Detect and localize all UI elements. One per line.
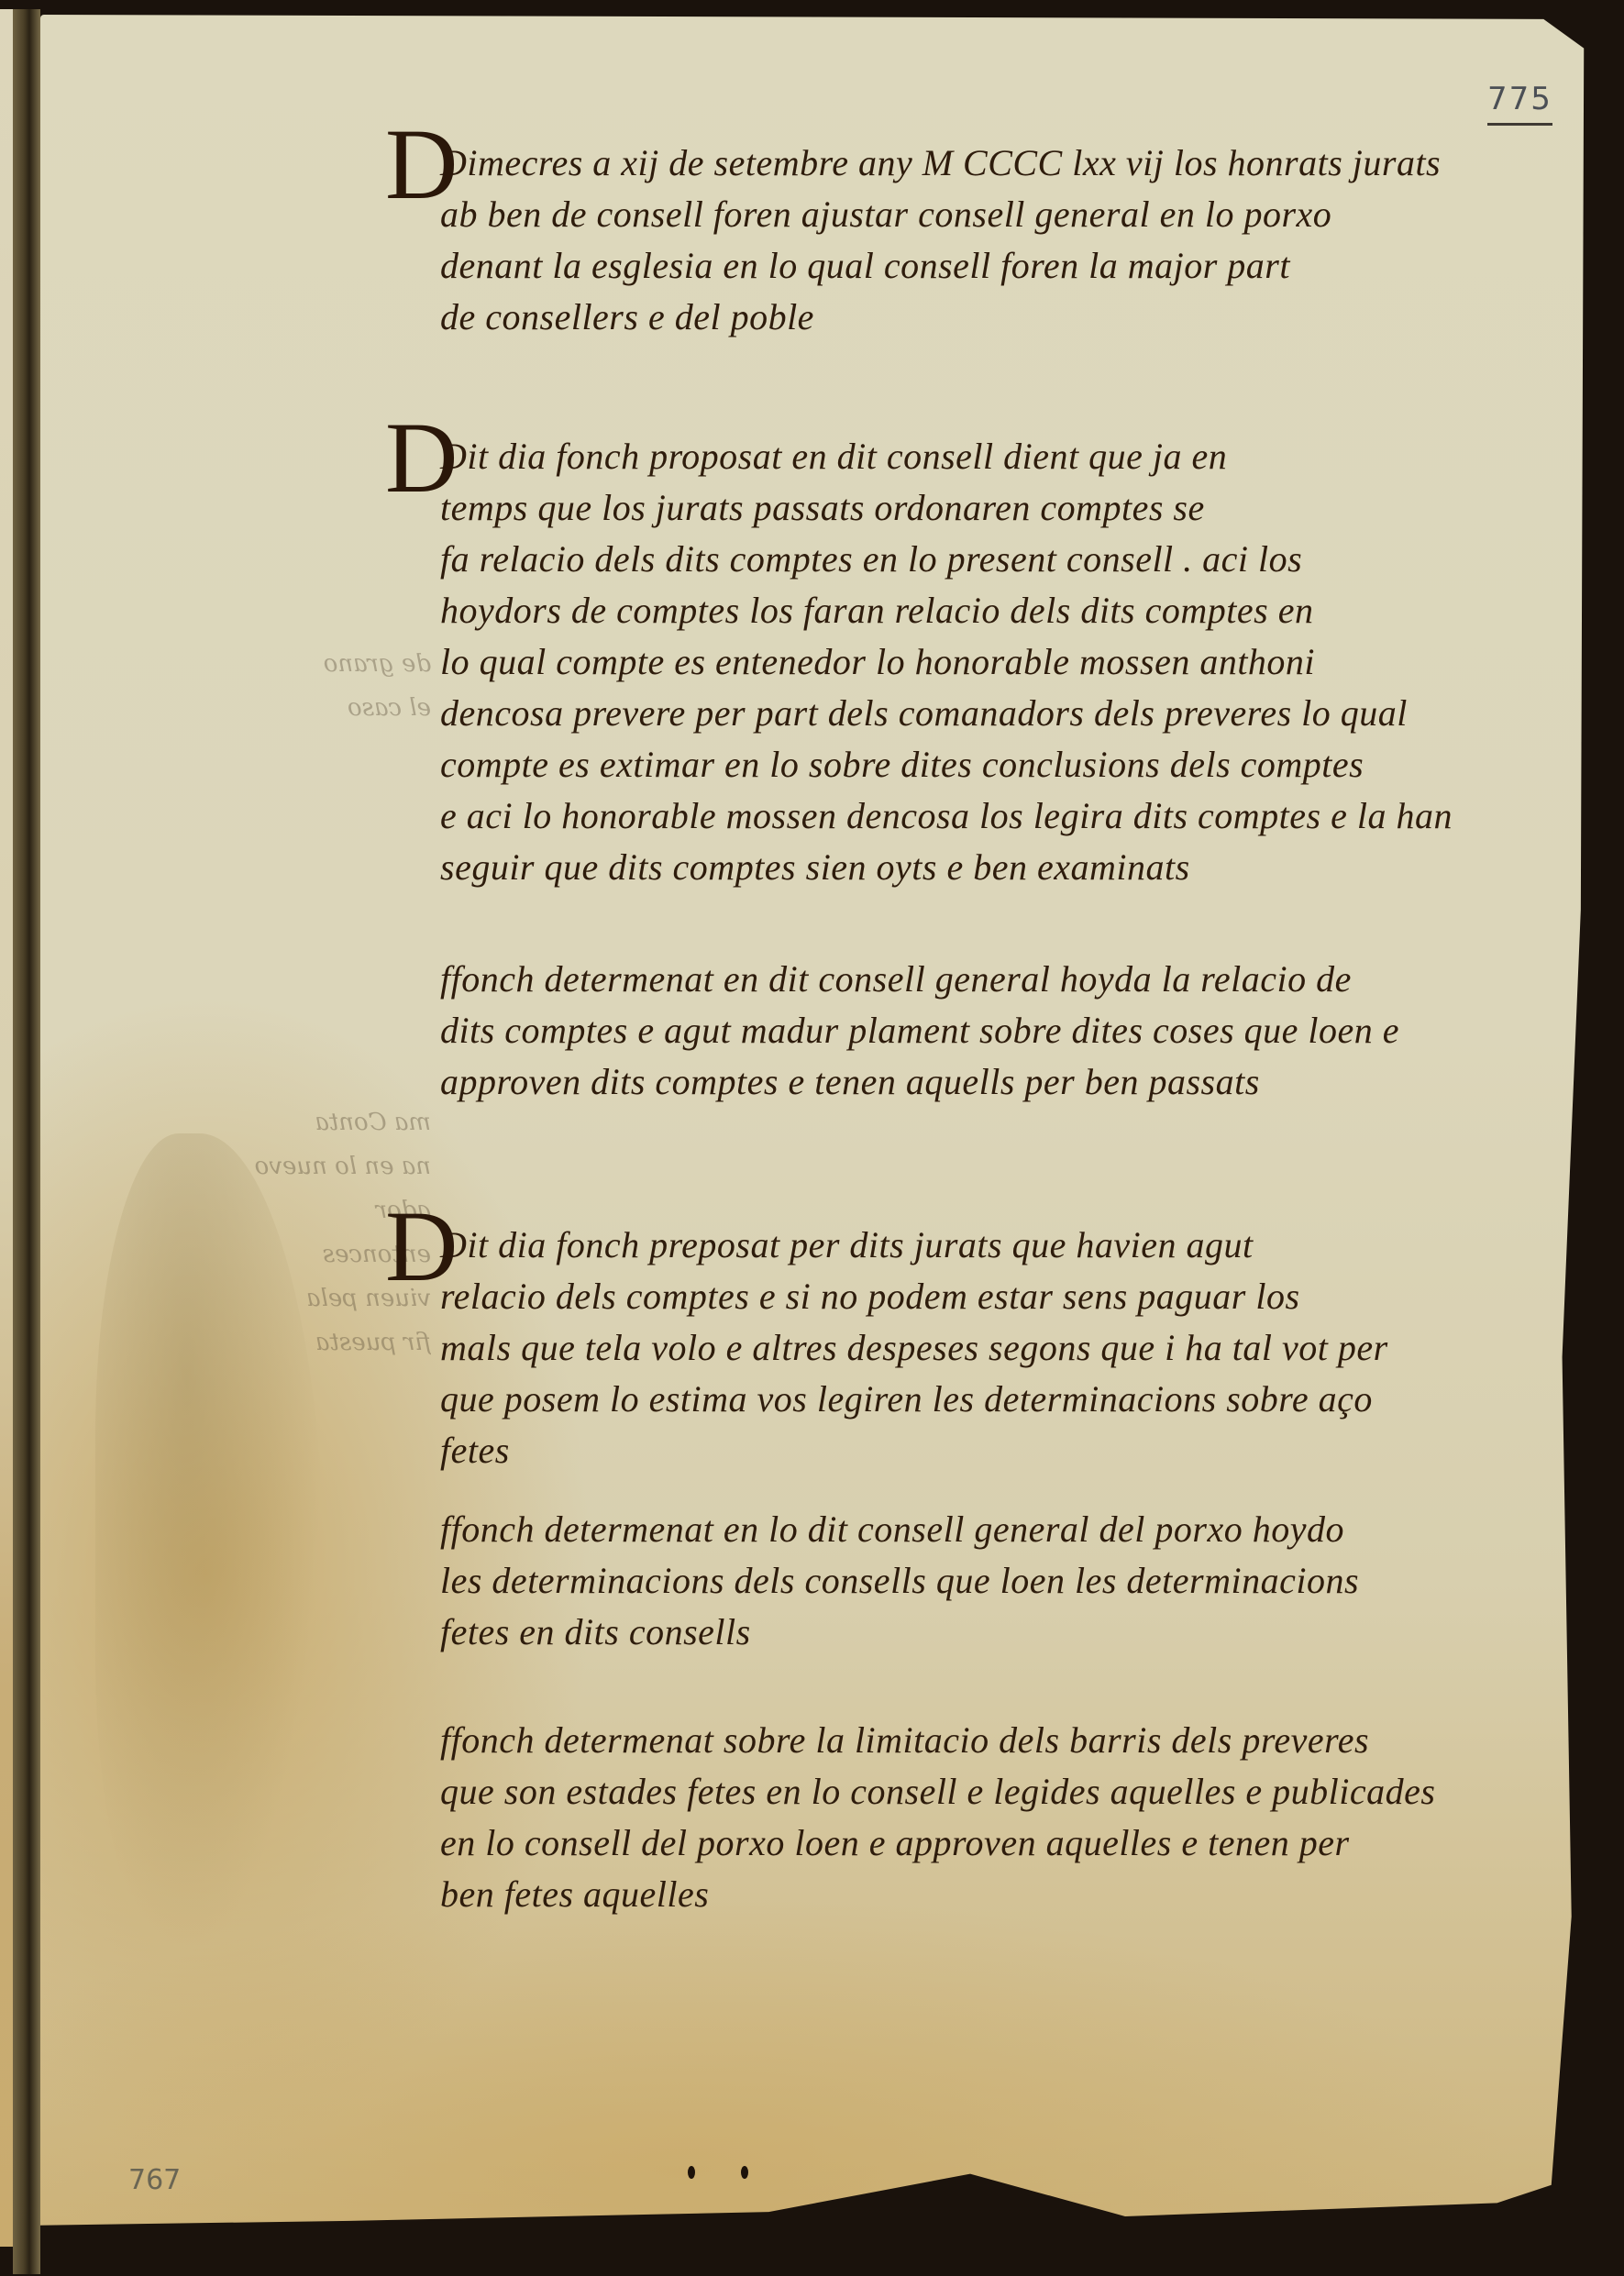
bleed-line: el caso <box>211 686 431 730</box>
text-line: lo qual compte es entenedor lo honorable… <box>440 636 1453 688</box>
ink-spot <box>688 2166 695 2179</box>
text-line: ffonch determenat en dit consell general… <box>440 954 1399 1005</box>
text-line: e aci lo honorable mossen dencosa los le… <box>440 790 1453 842</box>
text-line: fetes en dits consells <box>440 1607 1359 1658</box>
text-line: Dimecres a xij de setembre any M CCCC lx… <box>440 138 1441 189</box>
text-line: relacio dels comptes e si no podem estar… <box>440 1271 1388 1322</box>
text-line: Dit dia fonch proposat en dit consell di… <box>440 431 1453 482</box>
text-line: compte es extimar en lo sobre dites conc… <box>440 739 1453 790</box>
bleed-line: na en lo nuevo <box>211 1144 431 1188</box>
bleed-through-text: de grano el caso <box>211 642 431 730</box>
ink-spot <box>741 2166 748 2179</box>
text-line: de consellers e del poble <box>440 292 1441 343</box>
text-line: temps que los jurats passats ordonaren c… <box>440 482 1453 534</box>
text-line: ffonch determenat sobre la limitacio del… <box>440 1715 1435 1766</box>
entry-paragraph: ffonch determenat sobre la limitacio del… <box>440 1715 1435 1920</box>
old-folio-number: 767 <box>128 2164 181 2196</box>
decorated-initial: D <box>385 114 458 215</box>
folio-number: 775 <box>1487 81 1552 126</box>
binding-gutter <box>13 9 40 2274</box>
text-line: ben fetes aquelles <box>440 1869 1435 1920</box>
text-line: fetes <box>440 1425 1388 1476</box>
text-line: hoydors de comptes los faran relacio del… <box>440 585 1453 636</box>
entry-paragraph: DDit dia fonch preposat per dits jurats … <box>440 1220 1388 1476</box>
text-line: dits comptes e agut madur plament sobre … <box>440 1005 1399 1056</box>
text-line: Dit dia fonch preposat per dits jurats q… <box>440 1220 1388 1271</box>
text-line: en lo consell del porxo loen e approven … <box>440 1817 1435 1869</box>
text-line: dencosa prevere per part dels comanadors… <box>440 688 1453 739</box>
text-line: que son estades fetes en lo consell e le… <box>440 1766 1435 1817</box>
decorated-initial: D <box>385 1196 458 1297</box>
text-line: approven dits comptes e tenen aquells pe… <box>440 1056 1399 1108</box>
text-line: fa relacio dels dits comptes en lo prese… <box>440 534 1453 585</box>
decorated-initial: D <box>385 407 458 508</box>
facing-page-edge <box>0 9 13 2247</box>
bleed-line: de grano <box>211 642 431 686</box>
text-line: les determinacions dels consells que loe… <box>440 1555 1359 1607</box>
entry-paragraph: DDit dia fonch proposat en dit consell d… <box>440 431 1453 893</box>
entry-paragraph: ffonch determenat en lo dit consell gene… <box>440 1504 1359 1658</box>
entry-paragraph: DDimecres a xij de setembre any M CCCC l… <box>440 138 1441 343</box>
text-line: ffonch determenat en lo dit consell gene… <box>440 1504 1359 1555</box>
text-line: denant la esglesia en lo qual consell fo… <box>440 240 1441 292</box>
text-line: seguir que dits comptes sien oyts e ben … <box>440 842 1453 893</box>
text-line: que posem lo estima vos legiren les dete… <box>440 1374 1388 1425</box>
bleed-line: fir puesta <box>211 1320 431 1364</box>
text-line: ab ben de consell foren ajustar consell … <box>440 189 1441 240</box>
bleed-line: ma Conta <box>211 1100 431 1144</box>
entry-paragraph: ffonch determenat en dit consell general… <box>440 954 1399 1108</box>
text-line: mals que tela volo e altres despeses seg… <box>440 1322 1388 1374</box>
